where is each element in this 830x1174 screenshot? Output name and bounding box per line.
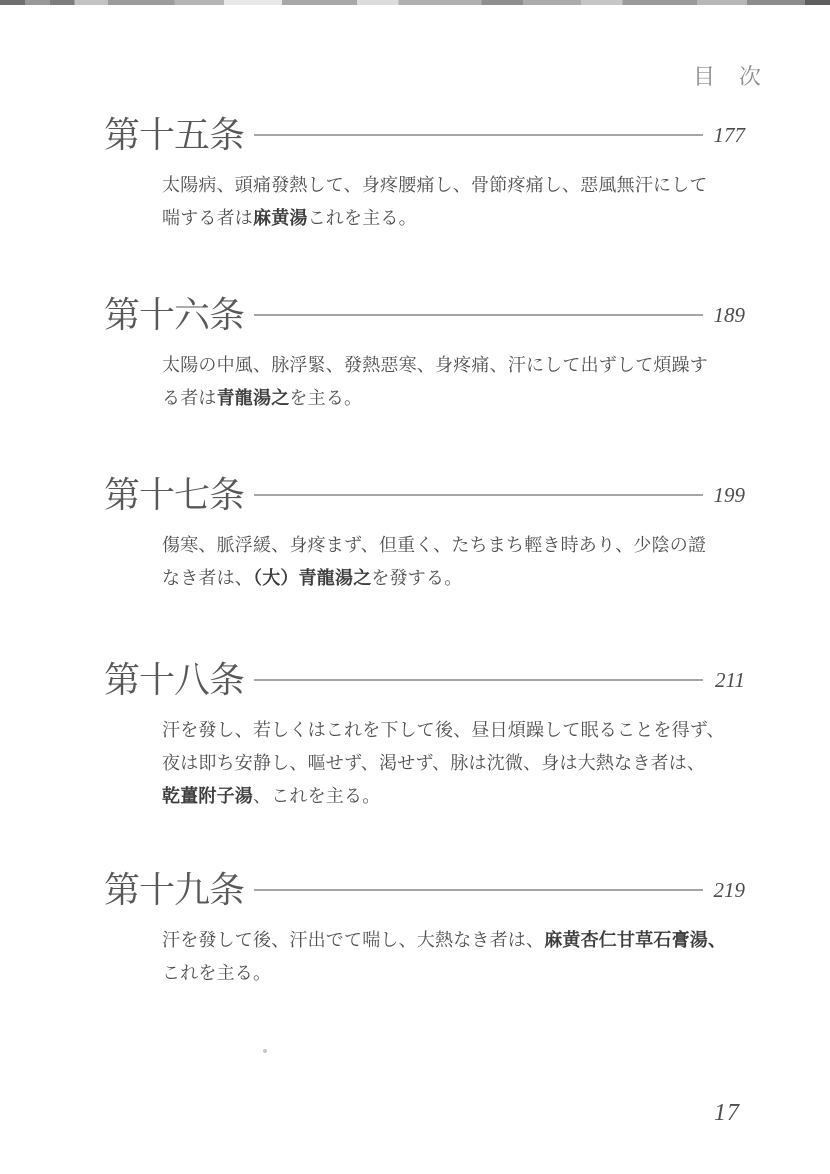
entry-text-line: 太陽病、頭痛發熱して、身疼腰痛し、骨節疼痛し、惡風無汗にして xyxy=(162,169,745,202)
entry-heading-row: 第十九条 219 xyxy=(104,867,745,913)
entry-text-line: 夜は即ち安静し、嘔せず、渇せず、脉は沈微、身は大熱なき者は、 xyxy=(162,747,745,780)
text-segment: なき者は、 xyxy=(162,568,253,588)
toc-list: 第十五条 177 太陽病、頭痛發熱して、身疼腰痛し、骨節疼痛し、惡風無汗にして喘… xyxy=(0,0,830,1174)
toc-entry: 第十五条 177 太陽病、頭痛發熱して、身疼腰痛し、骨節疼痛し、惡風無汗にして喘… xyxy=(104,112,745,235)
entry-text-line: 太陽の中風、脉浮緊、發熱惡寒、身疼痛、汗にして出ずして煩躁す xyxy=(162,349,745,382)
text-segment: 喘する者は xyxy=(162,208,253,228)
leader-line xyxy=(254,889,703,891)
formula-name: 乾薑附子湯 xyxy=(162,786,253,806)
toc-entry: 第十七条 199 傷寒、脈浮緩、身疼まず、但重く、たちまち輕き時あり、少陰の證な… xyxy=(104,472,745,595)
toc-entry: 第十九条 219 汗を發して後、汗出でて喘し、大熱なき者は、麻黄杏仁甘草石膏湯、… xyxy=(104,867,745,990)
text-segment: 汗を發し、若しくはこれを下して後、昼日煩躁して眠ることを得ず、 xyxy=(162,720,725,740)
formula-name: 麻黄湯 xyxy=(253,208,308,228)
formula-name: （大）青龍湯之 xyxy=(253,568,371,588)
text-segment: 、これを主る。 xyxy=(253,786,380,806)
entry-title: 第十九条 xyxy=(104,872,244,908)
entry-page-number: 219 xyxy=(711,880,745,901)
toc-entry: 第十八条 211 汗を發し、若しくはこれを下して後、昼日煩躁して眠ることを得ず、… xyxy=(104,657,745,813)
text-segment: 汗を發して後、汗出でて喘し、大熱なき者は、 xyxy=(162,930,544,950)
entry-text: 太陽の中風、脉浮緊、發熱惡寒、身疼痛、汗にして出ずして煩躁する者は青龍湯之を主る… xyxy=(162,349,745,415)
scan-speck xyxy=(263,1049,267,1053)
entry-text-line: 汗を發し、若しくはこれを下して後、昼日煩躁して眠ることを得ず、 xyxy=(162,714,745,747)
entry-title: 第十七条 xyxy=(104,477,244,513)
page-number: 17 xyxy=(714,1100,740,1127)
entry-text-line: 喘する者は麻黄湯これを主る。 xyxy=(162,202,745,235)
text-segment: を主る。 xyxy=(289,388,362,408)
entry-text: 汗を發し、若しくはこれを下して後、昼日煩躁して眠ることを得ず、夜は即ち安静し、嘔… xyxy=(162,714,745,813)
text-segment: 傷寒、脈浮緩、身疼まず、但重く、たちまち輕き時あり、少陰の證 xyxy=(162,535,706,555)
toc-entry: 第十六条 189 太陽の中風、脉浮緊、發熱惡寒、身疼痛、汗にして出ずして煩躁する… xyxy=(104,292,745,415)
entry-text: 傷寒、脈浮緩、身疼まず、但重く、たちまち輕き時あり、少陰の證なき者は、（大）青龍… xyxy=(162,529,745,595)
text-segment: 太陽病、頭痛發熱して、身疼腰痛し、骨節疼痛し、惡風無汗にして xyxy=(162,175,708,195)
text-segment: これを主る。 xyxy=(308,208,417,228)
formula-name: 青龍湯之 xyxy=(217,388,290,408)
entry-page-number: 211 xyxy=(711,670,745,691)
leader-line xyxy=(254,679,703,681)
entry-text-line: 乾薑附子湯、これを主る。 xyxy=(162,780,745,813)
entry-text-line: 汗を發して後、汗出でて喘し、大熱なき者は、麻黄杏仁甘草石膏湯、 xyxy=(162,924,745,957)
entry-page-number: 199 xyxy=(711,485,745,506)
entry-heading-row: 第十六条 189 xyxy=(104,292,745,338)
entry-text: 汗を發して後、汗出でて喘し、大熱なき者は、麻黄杏仁甘草石膏湯、これを主る。 xyxy=(162,924,745,990)
entry-text-line: これを主る。 xyxy=(162,957,745,990)
entry-text-line: る者は青龍湯之を主る。 xyxy=(162,382,745,415)
entry-text: 太陽病、頭痛發熱して、身疼腰痛し、骨節疼痛し、惡風無汗にして喘する者は麻黄湯これ… xyxy=(162,169,745,235)
leader-line xyxy=(254,134,703,136)
entry-title: 第十五条 xyxy=(104,117,244,153)
entry-text-line: なき者は、（大）青龍湯之を發する。 xyxy=(162,562,745,595)
text-segment: を發する。 xyxy=(371,568,462,588)
entry-text-line: 傷寒、脈浮緩、身疼まず、但重く、たちまち輕き時あり、少陰の證 xyxy=(162,529,745,562)
entry-heading-row: 第十八条 211 xyxy=(104,657,745,703)
entry-title: 第十八条 xyxy=(104,662,244,698)
text-segment: これを主る。 xyxy=(162,963,271,983)
entry-page-number: 189 xyxy=(711,305,745,326)
text-segment: 夜は即ち安静し、嘔せず、渇せず、脉は沈微、身は大熱なき者は、 xyxy=(162,753,705,773)
entry-page-number: 177 xyxy=(711,125,745,146)
text-segment: 太陽の中風、脉浮緊、發熱惡寒、身疼痛、汗にして出ずして煩躁す xyxy=(162,355,708,375)
leader-line xyxy=(254,494,703,496)
entry-heading-row: 第十七条 199 xyxy=(104,472,745,518)
text-segment: る者は xyxy=(162,388,217,408)
leader-line xyxy=(254,314,703,316)
entry-heading-row: 第十五条 177 xyxy=(104,112,745,158)
formula-name: 麻黄杏仁甘草石膏湯、 xyxy=(544,930,726,950)
entry-title: 第十六条 xyxy=(104,297,244,333)
